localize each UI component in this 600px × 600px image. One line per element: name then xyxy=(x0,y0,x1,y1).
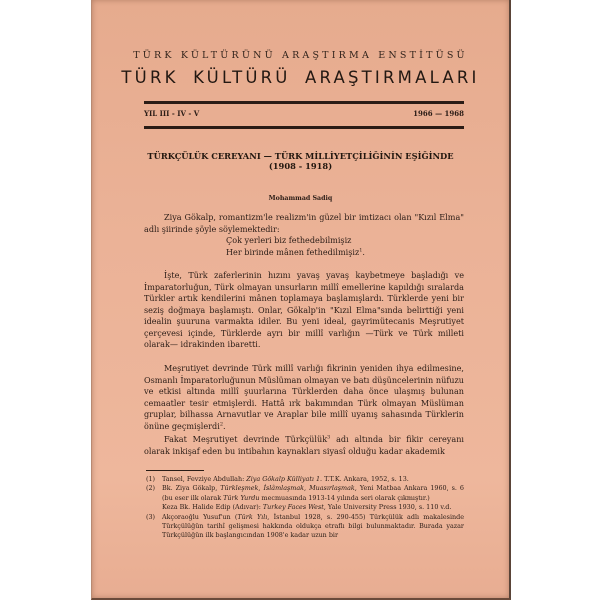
footnote-text: Akçoraoğlu Yusuf'un (Türk Yılı, İstanbul… xyxy=(162,513,464,541)
years-label: 1966 — 1968 xyxy=(413,109,464,118)
footnote-number: (3) xyxy=(146,513,162,541)
issue-row: YIL III - IV - V 1966 — 1968 xyxy=(144,109,464,118)
verse-line-2-text: Her birinde mânen fethedilmişiz xyxy=(226,247,359,257)
journal-page: TÜRK KÜLTÜRÜNÜ ARAŞTIRMA ENSTİTÜSÜ TÜRK … xyxy=(91,0,511,600)
footnote-1: (1) Tansel, Fevziye Abdullah: Ziya Gökal… xyxy=(146,475,464,484)
paragraph-2-text: İşte, Türk zaferlerinin hızını yavaş yav… xyxy=(144,270,464,351)
article-title-main: TÜRKÇÜLÜK CEREYANI — TÜRK MİLLİYETÇİLİĞİ… xyxy=(112,151,489,161)
paragraph-1: Ziya Gökalp, romantizm'le realizm'in güz… xyxy=(144,212,464,258)
header-rule-top xyxy=(144,101,464,104)
verse-line-1: Çok yerleri biz fethedebilmişiz xyxy=(144,235,464,247)
footnote-text: Tansel, Fevziye Abdullah: Ziya Gökalp Kü… xyxy=(162,475,464,484)
paragraph-2: İşte, Türk zaferlerinin hızını yavaş yav… xyxy=(144,270,464,351)
footnote-2: (2) Bk. Ziya Gökalp, Türkleşmek, İslâmla… xyxy=(146,484,464,503)
footnote-separator xyxy=(146,470,204,471)
footnotes: (1) Tansel, Fevziye Abdullah: Ziya Gökal… xyxy=(146,475,464,541)
header-rule-bottom xyxy=(144,126,464,129)
footnote-number: (2) xyxy=(146,484,162,503)
article-title: TÜRKÇÜLÜK CEREYANI — TÜRK MİLLİYETÇİLİĞİ… xyxy=(112,151,489,171)
footnote-2-continuation: Keza Bk. Halide Edip (Adıvar): Turkey Fa… xyxy=(146,503,464,512)
paragraph-4-text: Fakat Meşrutiyet devrinde Türkçülük3 adı… xyxy=(144,434,464,457)
footnote-text: Bk. Ziya Gökalp, Türkleşmek, İslâmlaşmak… xyxy=(162,484,464,503)
institute-name: TÜRK KÜLTÜRÜNÜ ARAŞTIRMA ENSTİTÜSÜ xyxy=(92,50,509,61)
article-subtitle: (1908 - 1918) xyxy=(112,161,489,171)
paragraph-3-text: Meşrutiyet devrinde Türk millî varlığı f… xyxy=(144,363,464,432)
footnote-3: (3) Akçoraoğlu Yusuf'un (Türk Yılı, İsta… xyxy=(146,513,464,541)
volume-label: YIL III - IV - V xyxy=(144,109,199,118)
verse-line-2: Her birinde mânen fethedilmişiz1. xyxy=(144,247,464,259)
paragraph-4: Fakat Meşrutiyet devrinde Türkçülük3 adı… xyxy=(144,434,464,457)
article-author: Mohammad Sadiq xyxy=(92,195,509,202)
footnote-ref-1[interactable]: 1 xyxy=(359,247,362,253)
footnote-number: (1) xyxy=(146,475,162,484)
paragraph-1-text: Ziya Gökalp, romantizm'le realizm'in güz… xyxy=(144,212,464,235)
footnote-ref-2[interactable]: 2 xyxy=(220,421,223,427)
paragraph-3: Meşrutiyet devrinde Türk millî varlığı f… xyxy=(144,363,464,432)
paragraph-3-content: Meşrutiyet devrinde Türk millî varlığı f… xyxy=(144,363,464,431)
journal-title: TÜRK KÜLTÜRÜ ARAŞTIRMALARI xyxy=(92,68,509,87)
paragraph-4-part-a: Fakat Meşrutiyet devrinde Türkçülük xyxy=(164,434,327,444)
